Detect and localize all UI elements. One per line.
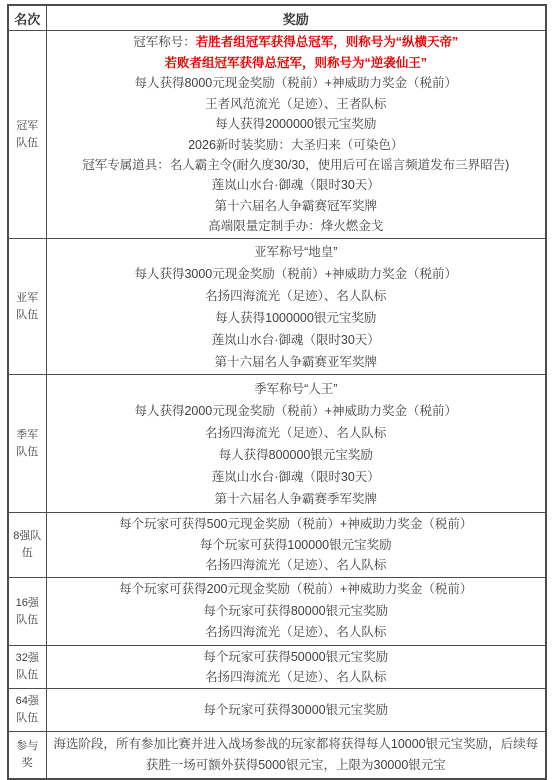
table-row-participation: 参与奖 海选阶段，所有参加比赛并进入战场参战的玩家都将获得每人10000银元宝奖… [8, 732, 546, 780]
reward-line: 每个玩家可获得50000银元宝奖励 [49, 647, 544, 667]
reward-line: 季军称号“人王” [49, 378, 544, 400]
reward-text: 每个玩家可获得80000银元宝奖励 [203, 604, 388, 618]
reward-text: 海选阶段，所有参加比赛并进入战场参战的玩家都将获得每人10000银元宝奖励，后续… [53, 737, 538, 772]
reward-cell: 每个玩家可获得500元现金奖励（税前）+神威助力奖金（税前） 每个玩家可获得10… [46, 513, 546, 578]
reward-cell: 海选阶段，所有参加比赛并进入战场参战的玩家都将获得每人10000银元宝奖励，后续… [46, 732, 546, 780]
reward-line: 莲岚山水台·御魂（限时30天） [49, 466, 544, 488]
reward-line: 每人获得2000000银元宝奖励 [49, 114, 544, 134]
rank-cell: 16强队伍 [8, 578, 46, 646]
reward-line: 冠军专属道具：名人霸主令(耐久度30/30，使用后可在谣言频道发布三界昭告) [49, 155, 544, 175]
table-row-third-place: 季军队伍 季军称号“人王” 每人获得2000元现金奖励（税前）+神威助力奖金（税… [8, 375, 546, 513]
reward-line: 每人获得800000银元宝奖励 [49, 444, 544, 466]
table-row-top32: 32强队伍 每个玩家可获得50000银元宝奖励 名扬四海流光（足迹）、名人队标 [8, 646, 546, 689]
reward-text-red: 若胜者组冠军获得总冠军，则称号为“纵横天帝” [196, 35, 459, 49]
reward-line: 冠军称号：若胜者组冠军获得总冠军，则称号为“纵横天帝” [49, 32, 544, 52]
reward-text: 第十六届名人争霸赛冠军奖牌 [214, 199, 377, 213]
reward-text: 莲岚山水台·御魂（限时30天） [212, 178, 380, 192]
rank-cell: 亚军队伍 [8, 239, 46, 375]
reward-text: 冠军专属道具：名人霸主令(耐久度30/30，使用后可在谣言频道发布三界昭告) [82, 158, 509, 172]
reward-line: 高端限量定制手办：烽火燃金戈 [49, 216, 544, 236]
reward-line: 每个玩家可获得30000银元宝奖励 [49, 700, 544, 721]
reward-text: 名扬四海流光（足迹）、名人队标 [205, 558, 386, 572]
reward-line: 第十六届名人争霸赛季军奖牌 [49, 488, 544, 510]
rank-cell: 参与奖 [8, 732, 46, 780]
table-row-top16: 16强队伍 每个玩家可获得200元现金奖励（税前）+神威助力奖金（税前） 每个玩… [8, 578, 546, 646]
reward-text: 莲岚山水台·御魂（限时30天） [212, 333, 380, 347]
reward-line: 每人获得3000元现金奖励（税前）+神威助力奖金（税前） [49, 263, 544, 285]
reward-text: 每人获得1000000银元宝奖励 [215, 311, 376, 325]
reward-line: 名扬四海流光（足迹）、名人队标 [49, 422, 544, 444]
reward-cell: 每个玩家可获得50000银元宝奖励 名扬四海流光（足迹）、名人队标 [46, 646, 546, 689]
reward-text: 每人获得2000000银元宝奖励 [215, 117, 376, 131]
reward-text: 名扬四海流光（足迹）、名人队标 [205, 670, 386, 684]
reward-text: 每人获得2000元现金奖励（税前）+神威助力奖金（税前） [134, 404, 457, 418]
reward-line: 第十六届名人争霸赛亚军奖牌 [49, 351, 544, 373]
table-row-champion: 冠军队伍 冠军称号：若胜者组冠军获得总冠军，则称号为“纵横天帝” 若败者组冠军获… [8, 31, 546, 239]
reward-line: 王者风范流光（足迹）、王者队标 [49, 94, 544, 114]
reward-line: 莲岚山水台·御魂（限时30天） [49, 175, 544, 195]
reward-text: 名扬四海流光（足迹）、名人队标 [205, 625, 386, 639]
reward-text: 每人获得3000元现金奖励（税前）+神威助力奖金（税前） [134, 267, 457, 281]
rank-cell: 季军队伍 [8, 375, 46, 513]
reward-text: 王者风范流光（足迹）、王者队标 [205, 97, 386, 111]
reward-text: 每个玩家可获得500元现金奖励（税前）+神威助力奖金（税前） [119, 517, 472, 531]
reward-text: 第十六届名人争霸赛亚军奖牌 [214, 355, 377, 369]
reward-cell: 每个玩家可获得200元现金奖励（税前）+神威助力奖金（税前） 每个玩家可获得80… [46, 578, 546, 646]
reward-text: 每个玩家可获得100000银元宝奖励 [200, 538, 392, 552]
table-row-runner-up: 亚军队伍 亚军称号“地皇” 每人获得3000元现金奖励（税前）+神威助力奖金（税… [8, 239, 546, 375]
reward-text: 每个玩家可获得30000银元宝奖励 [203, 703, 388, 717]
reward-line: 亚军称号“地皇” [49, 241, 544, 263]
table-row-top8: 8强队伍 每个玩家可获得500元现金奖励（税前）+神威助力奖金（税前） 每个玩家… [8, 513, 546, 578]
reward-line: 每人获得2000元现金奖励（税前）+神威助力奖金（税前） [49, 400, 544, 422]
header-reward: 奖励 [46, 5, 546, 31]
reward-line: 名扬四海流光（足迹）、名人队标 [49, 285, 544, 307]
reward-text: 名扬四海流光（足迹）、名人队标 [205, 289, 386, 303]
reward-text: 第十六届名人争霸赛季军奖牌 [214, 492, 377, 506]
reward-line: 每个玩家可获得100000银元宝奖励 [49, 535, 544, 556]
reward-text: 每个玩家可获得200元现金奖励（税前）+神威助力奖金（税前） [119, 582, 472, 596]
reward-line: 名扬四海流光（足迹）、名人队标 [49, 555, 544, 576]
reward-cell: 冠军称号：若胜者组冠军获得总冠军，则称号为“纵横天帝” 若败者组冠军获得总冠军，… [46, 31, 546, 239]
reward-text: 季军称号“人王” [254, 382, 337, 396]
reward-line: 每人获得8000元现金奖励（税前）+神威助力奖金（税前） [49, 73, 544, 93]
reward-line: 2026新时装奖励：大圣归来（可染色） [49, 135, 544, 155]
reward-cell: 每个玩家可获得30000银元宝奖励 [46, 689, 546, 732]
reward-text: 亚军称号“地皇” [254, 245, 337, 259]
reward-text: 2026新时装奖励：大圣归来（可染色） [188, 138, 403, 152]
rank-cell: 8强队伍 [8, 513, 46, 578]
reward-line: 海选阶段，所有参加比赛并进入战场参战的玩家都将获得每人10000银元宝奖励，后续… [49, 734, 544, 776]
reward-text: 名扬四海流光（足迹）、名人队标 [205, 426, 386, 440]
reward-text: 高端限量定制手办：烽火燃金戈 [208, 219, 383, 233]
reward-text: 莲岚山水台·御魂（限时30天） [212, 470, 380, 484]
reward-line: 莲岚山水台·御魂（限时30天） [49, 329, 544, 351]
rank-cell: 32强队伍 [8, 646, 46, 689]
prize-table: 名次 奖励 冠军队伍 冠军称号：若胜者组冠军获得总冠军，则称号为“纵横天帝” 若… [7, 4, 547, 780]
reward-line: 每个玩家可获得80000银元宝奖励 [49, 601, 544, 623]
reward-text-prefix: 冠军称号： [133, 35, 196, 49]
reward-line: 每个玩家可获得500元现金奖励（税前）+神威助力奖金（税前） [49, 514, 544, 535]
reward-text: 每个玩家可获得50000银元宝奖励 [203, 650, 388, 664]
header-rank: 名次 [8, 5, 46, 31]
reward-text: 每人获得8000元现金奖励（税前）+神威助力奖金（税前） [134, 76, 457, 90]
reward-cell: 季军称号“人王” 每人获得2000元现金奖励（税前）+神威助力奖金（税前） 名扬… [46, 375, 546, 513]
reward-text: 每人获得800000银元宝奖励 [219, 448, 373, 462]
rank-cell: 冠军队伍 [8, 31, 46, 239]
rank-cell: 64强队伍 [8, 689, 46, 732]
reward-line: 若败者组冠军获得总冠军，则称号为“逆袭仙王” [49, 53, 544, 73]
table-header-row: 名次 奖励 [8, 5, 546, 31]
reward-line: 名扬四海流光（足迹）、名人队标 [49, 622, 544, 644]
reward-line: 第十六届名人争霸赛冠军奖牌 [49, 196, 544, 216]
reward-cell: 亚军称号“地皇” 每人获得3000元现金奖励（税前）+神威助力奖金（税前） 名扬… [46, 239, 546, 375]
reward-line: 每人获得1000000银元宝奖励 [49, 307, 544, 329]
reward-text-red: 若败者组冠军获得总冠军，则称号为“逆袭仙王” [164, 56, 427, 70]
reward-line: 名扬四海流光（足迹）、名人队标 [49, 667, 544, 687]
table-row-top64: 64强队伍 每个玩家可获得30000银元宝奖励 [8, 689, 546, 732]
reward-line: 每个玩家可获得200元现金奖励（税前）+神威助力奖金（税前） [49, 579, 544, 601]
